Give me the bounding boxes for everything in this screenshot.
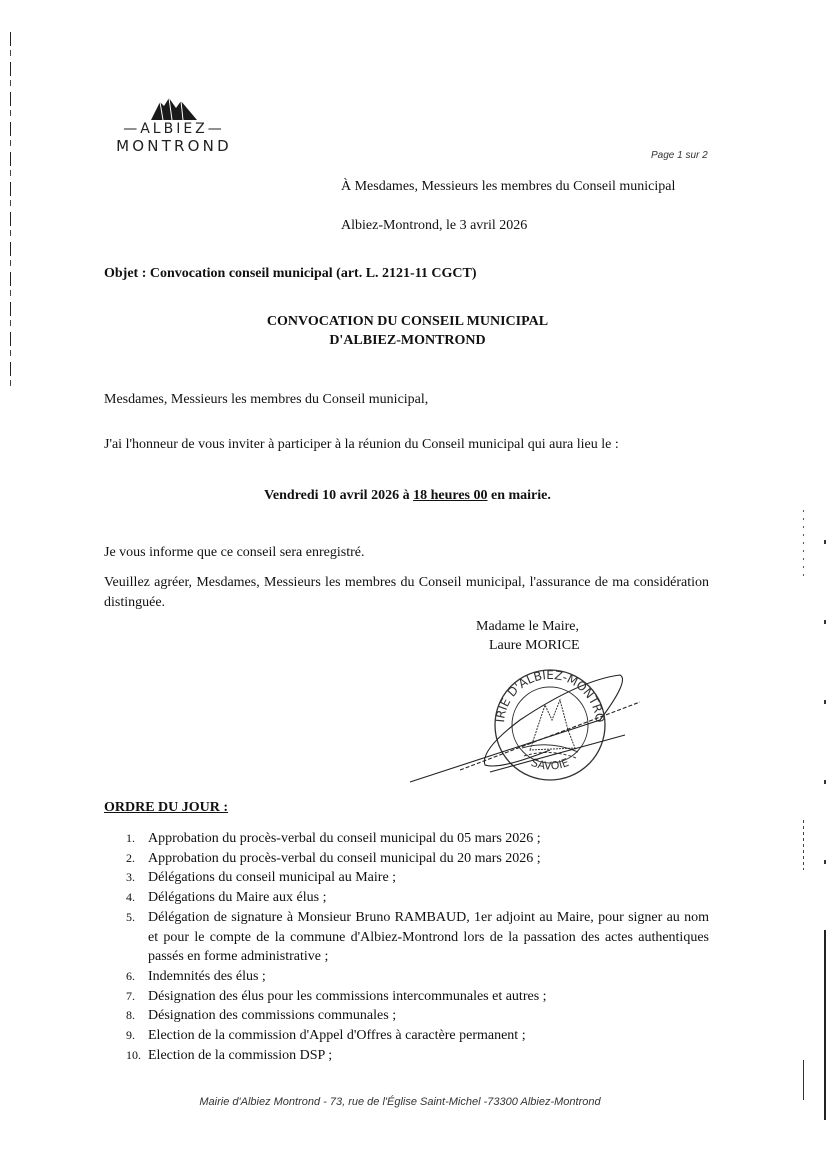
agenda-item: 2.Approbation du procès-verbal du consei… [104,849,709,869]
signatory-role: Madame le Maire, [476,620,579,634]
logo-text-albiez: —ALBIEZ— [104,121,244,137]
addressee: À Mesdames, Messieurs les membres du Con… [341,180,675,194]
meeting-datetime: Vendredi 10 avril 2026 à 18 heures 00 en… [0,489,815,503]
place-date: Albiez-Montrond, le 3 avril 2026 [341,219,527,233]
recording-notice: Je vous informe que ce conseil sera enre… [104,546,364,560]
scan-artifact-dots [803,510,804,580]
footer-address: Mairie d'Albiez Montrond - 73, rue de l'… [0,1096,800,1108]
agenda-item: 8.Désignation des commissions communales… [104,1006,709,1026]
scan-artifact-right-solid [824,930,826,1120]
logo-text-montrond: MONTROND [104,137,244,155]
signatory-name: Laure MORICE [489,639,580,653]
agenda-item: 1.Approbation du procès-verbal du consei… [104,829,709,849]
scan-artifact-dots [803,1060,804,1100]
mountains-icon [151,98,197,120]
document-title-municipality: D'ALBIEZ-MONTROND [0,333,815,349]
agenda-item: 3.Délégations du conseil municipal au Ma… [104,868,709,888]
document-title: CONVOCATION DU CONSEIL MUNICIPAL [0,314,815,330]
subject-line: Objet : Convocation conseil municipal (a… [104,267,477,281]
official-stamp-and-signature: MAIRIE D'ALBIEZ-MONTROND SAVOIE [400,660,660,790]
svg-text:MAIRIE D'ALBIEZ-MONTROND: MAIRIE D'ALBIEZ-MONTROND [400,660,607,723]
stamp-icon: MAIRIE D'ALBIEZ-MONTROND SAVOIE [400,660,607,780]
agenda-item: 6.Indemnités des élus ; [104,967,709,987]
agenda-item: 5.Délégation de signature à Monsieur Bru… [104,908,709,967]
agenda-item: 7.Désignation des élus pour les commissi… [104,987,709,1007]
agenda-item: 9.Election de la commission d'Appel d'Of… [104,1026,709,1046]
meeting-date: Vendredi 10 avril 2026 à [264,488,413,503]
municipality-logo: —ALBIEZ— MONTROND [104,98,244,155]
meeting-location: en mairie. [488,488,551,503]
invitation-paragraph: J'ai l'honneur de vous inviter à partici… [104,431,709,458]
agenda-item: 10.Election de la commission DSP ; [104,1046,709,1066]
svg-text:SAVOIE: SAVOIE [529,756,570,773]
scan-artifact-dots [803,820,804,870]
agenda-item: 4.Délégations du Maire aux élus ; [104,888,709,908]
meeting-time: 18 heures 00 [413,488,487,503]
closing-formula: Veuillez agréer, Mesdames, Messieurs les… [104,573,709,613]
salutation: Mesdames, Messieurs les membres du Conse… [104,393,428,407]
agenda-title: ORDRE DU JOUR : [104,801,228,815]
page-indicator: Page 1 sur 2 [651,150,708,161]
agenda-list: 1.Approbation du procès-verbal du consei… [104,829,709,1065]
